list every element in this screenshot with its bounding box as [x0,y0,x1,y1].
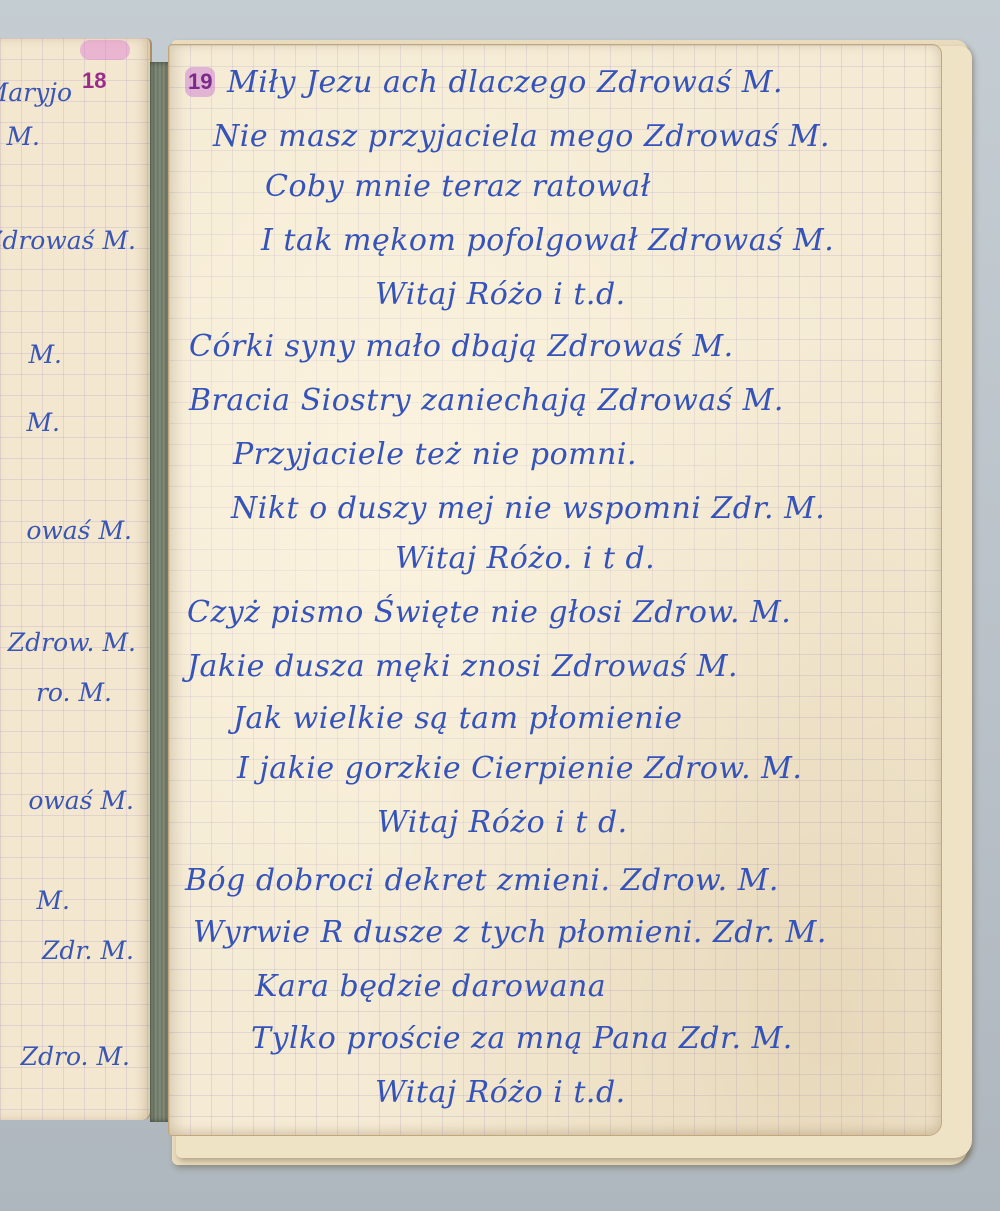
refrain-line: Witaj Różo i t.d. [375,1075,626,1110]
left-line: M. [36,886,70,915]
verse-line: Kara będzie darowana [255,969,606,1004]
left-page: 18 Maryjo M. Zdrowaś M. M. M. owaś M. Zd… [0,38,152,1120]
left-line: owaś M. [26,516,132,545]
left-line: Maryjo [0,78,72,107]
verse-line: Wyrwie R dusze z tych płomieni. Zdr. M. [193,915,827,950]
left-line: ro. M. [36,678,112,707]
left-line: M. [28,340,62,369]
left-line: M. [26,408,60,437]
verse-line: Bracia Siostry zaniechają Zdrowaś M. [189,383,784,418]
page-number-right: 19 [185,67,215,97]
verse-line: Przyjaciele też nie pomni. [233,437,637,472]
verse-line: Coby mnie teraz ratował [265,169,651,204]
refrain-line: Witaj Różo i t.d. [375,277,626,312]
left-line: Zdrow. M. [8,628,136,657]
left-line: owaś M. [28,786,134,815]
verse-line: Jak wielkie są tam płomienie [233,701,683,736]
verse-line: I tak mękom pofolgował Zdrowaś M. [261,223,834,258]
right-page: 19 Miły Jezu ach dlaczego Zdrowaś M. Nie… [168,44,942,1136]
verse-line: Miły Jezu ach dlaczego Zdrowaś M. [227,65,783,100]
notebook-spine [150,62,170,1122]
notebook-photo: 18 Maryjo M. Zdrowaś M. M. M. owaś M. Zd… [0,0,1000,1211]
verse-line: Córki syny mało dbają Zdrowaś M. [189,329,734,364]
verse-line: Bóg dobroci dekret zmieni. Zdrow. M. [185,863,779,898]
refrain-line: Witaj Różo. i t d. [395,541,655,576]
left-line: Zdr. M. [42,936,134,965]
left-line: Zdrowaś M. [0,226,136,255]
left-line: M. [6,122,40,151]
refrain-line: Witaj Różo i t d. [377,805,628,840]
page-number-left: 18 [82,68,106,94]
verse-line: Jakie dusza męki znosi Zdrowaś M. [187,649,738,684]
verse-line: Nie masz przyjaciela mego Zdrowaś M. [213,119,830,154]
ink-stain [80,40,130,60]
left-line: Zdro. M. [21,1042,130,1071]
verse-line: Nikt o duszy mej nie wspomni Zdr. M. [231,491,825,526]
verse-line: Tylko proście za mną Pana Zdr. M. [251,1021,793,1056]
verse-line: Czyż pismo Święte nie głosi Zdrow. M. [187,595,791,630]
verse-line: I jakie gorzkie Cierpienie Zdrow. M. [237,751,802,786]
